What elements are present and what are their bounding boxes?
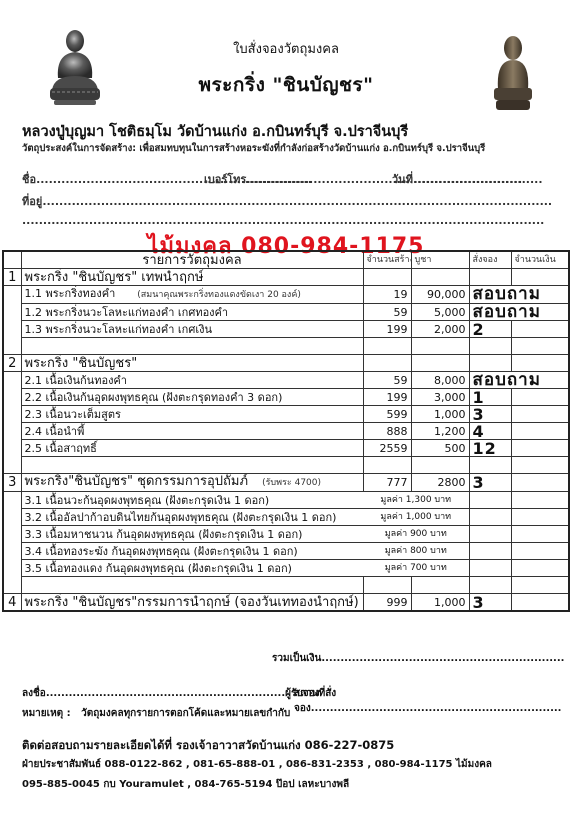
- item-label: 2.5 เนื้อสาฤทธิ์: [25, 442, 97, 455]
- order-cell[interactable]: สอบถาม: [469, 304, 569, 321]
- item-label: 3.3 เนื้อมหาชนวน ก้นอุดผงพุทธคุณ (ฝังตะก…: [21, 526, 363, 543]
- empty-cell: [363, 338, 411, 355]
- item-label-cell: 2.1 เนื้อเงินก้นทองคำ: [21, 372, 363, 389]
- price-cell: 1,000: [411, 594, 469, 612]
- empty-cell: [363, 457, 411, 474]
- section-title-text: พระกริ่ง "ชินบัญชร": [25, 356, 138, 371]
- item-label: 1.1 พระกริ่งทองคำ: [25, 287, 116, 300]
- order-cell[interactable]: 3: [469, 406, 511, 423]
- contact-line-1: ติดต่อสอบถามรายละเอียดได้ที่ รองเจ้าอาวา…: [22, 737, 394, 755]
- address-label: ที่อยู่: [22, 195, 42, 208]
- price-cell: 5,000: [411, 304, 469, 321]
- order-cell[interactable]: 1: [469, 389, 511, 406]
- table-row: 3.1 เนื้อนวะก้นอุดผงพุทธคุณ (ฝังตะกรุดเง…: [3, 492, 569, 509]
- qty-cell: 777: [363, 474, 411, 492]
- table-row: 2.2 เนื้อเงินก้นอุดผงพุทธคุณ (ฝังตะกรุดท…: [3, 389, 569, 406]
- order-cell[interactable]: 4: [469, 423, 511, 440]
- qty-cell: 599: [363, 406, 411, 423]
- order-cell[interactable]: สอบถาม: [469, 286, 569, 304]
- empty-cell: [3, 577, 21, 594]
- section-row: 1พระกริ่ง "ชินบัญชร" เทพนำฤกษ์: [3, 269, 569, 286]
- price-cell: 2,000: [411, 321, 469, 338]
- order-cell[interactable]: สอบถาม: [469, 372, 569, 389]
- section-number: 1: [3, 269, 21, 286]
- price-cell: 1,200: [411, 423, 469, 440]
- amount-cell[interactable]: [511, 509, 569, 526]
- num-cell: [3, 372, 21, 389]
- table-header-row: รายการวัตถุมงคลจำนวนสร้างบูชาสั่งจองจำนว…: [3, 251, 569, 269]
- empty-cell: [469, 338, 511, 355]
- num-cell: [3, 406, 21, 423]
- header-price: บูชา: [411, 251, 469, 269]
- empty-cell: [511, 577, 569, 594]
- spacer-row: [3, 338, 569, 355]
- item-label: 3.4 เนื้อทองระฆัง ก้นอุดผงพุทธคุณ (ฝังตะ…: [21, 543, 363, 560]
- date-field[interactable]: วันที่..................................…: [392, 170, 542, 188]
- num-cell: [3, 321, 21, 338]
- empty-cell: [21, 577, 363, 594]
- section-row: 2พระกริ่ง "ชินบัญชร": [3, 355, 569, 372]
- qty-cell: 999: [363, 594, 411, 612]
- total-field[interactable]: รวมเป็นเงิน.............................…: [272, 651, 564, 666]
- price-cell: 2800: [411, 474, 469, 492]
- item-label: 3.1 เนื้อนวะก้นอุดผงพุทธคุณ (ฝังตะกรุดเง…: [21, 492, 363, 509]
- amount-cell[interactable]: [511, 321, 569, 338]
- empty-cell: [411, 577, 469, 594]
- item-label: 3.2 เนื้ออัลปาก้าอบดินไทยก้นอุดผงพุทธคุณ…: [21, 509, 363, 526]
- num-cell: [3, 526, 21, 543]
- item-label: 1.2 พระกริ่งนวะโลหะแก่ทองคำ เกศทองคำ: [25, 306, 229, 319]
- item-value: มูลค่า 1,000 บาท: [363, 509, 469, 526]
- name-label: ชื่อ: [22, 173, 36, 186]
- price-cell: 90,000: [411, 286, 469, 304]
- address-field[interactable]: ที่อยู่.................................…: [22, 192, 552, 210]
- qty-cell: 59: [363, 304, 411, 321]
- amount-cell[interactable]: [511, 406, 569, 423]
- price-cell: 500: [411, 440, 469, 457]
- section-title: พระกริ่ง "ชินบัญชร"กรรมการนำฤกษ์ (จองวัน…: [21, 594, 363, 612]
- num-cell: [3, 543, 21, 560]
- item-value: มูลค่า 800 บาท: [363, 543, 469, 560]
- amount-cell[interactable]: [511, 440, 569, 457]
- amount-cell[interactable]: [511, 355, 569, 372]
- qty-cell: 59: [363, 372, 411, 389]
- signature-field[interactable]: ลงชื่อ..................................…: [22, 686, 319, 701]
- amount-cell[interactable]: [511, 389, 569, 406]
- qty-cell: 199: [363, 321, 411, 338]
- section-title: พระกริ่ง "ชินบัญชร": [21, 355, 363, 372]
- qty-cell: [363, 355, 411, 372]
- num-cell: [3, 389, 21, 406]
- purpose-text: วัตถุประสงค์ในการจัดสร้าง: เพื่อสมทบทุนใ…: [22, 141, 485, 156]
- address-field-line2[interactable]: ........................................…: [22, 214, 544, 227]
- place-field[interactable]: สถานที่สั่งจอง..........................…: [294, 686, 572, 716]
- amount-cell[interactable]: [511, 269, 569, 286]
- empty-cell: [469, 457, 511, 474]
- section-title: พระกริ่ง"ชินบัญชร" ชุดกรรมการอุปถัมภ์(รั…: [21, 474, 363, 492]
- num-cell: [3, 286, 21, 304]
- item-label-cell: 2.5 เนื้อสาฤทธิ์: [21, 440, 363, 457]
- price-cell: [411, 269, 469, 286]
- amount-cell[interactable]: [511, 560, 569, 577]
- qty-cell: 199: [363, 389, 411, 406]
- item-label-cell: 1.3 พระกริ่งนวะโลหะแก่ทองคำ เกศเงิน: [21, 321, 363, 338]
- table-row: 3.4 เนื้อทองระฆัง ก้นอุดผงพุทธคุณ (ฝังตะ…: [3, 543, 569, 560]
- section-number: 3: [3, 474, 21, 492]
- table-row: 1.2 พระกริ่งนวะโลหะแก่ทองคำ เกศทองคำ595,…: [3, 304, 569, 321]
- item-label: 3.5 เนื้อทองแดง ก้นอุดผงพุทธคุณ (ฝังตะกร…: [21, 560, 363, 577]
- sign-label: ลงชื่อ: [22, 688, 46, 699]
- order-cell[interactable]: [469, 509, 511, 526]
- qty-cell: [363, 269, 411, 286]
- amount-cell[interactable]: [511, 492, 569, 509]
- header-order: สั่งจอง: [469, 251, 511, 269]
- empty-cell: [3, 338, 21, 355]
- remark: หมายเหตุ : วัตถุมงคลทุกรายการตอกโค้ดและห…: [22, 706, 290, 721]
- qty-cell: 19: [363, 286, 411, 304]
- header-amount: จำนวนเงิน: [511, 251, 569, 269]
- form-subtitle: ใบสั่งจองวัตถุมงคล: [0, 38, 572, 59]
- section-title-text: พระกริ่ง "ชินบัญชร"กรรมการนำฤกษ์ (จองวัน…: [25, 595, 359, 610]
- item-value: มูลค่า 900 บาท: [363, 526, 469, 543]
- page-title: พระกริ่ง "ชินบัญชร": [0, 70, 572, 100]
- price-cell: 3,000: [411, 389, 469, 406]
- table-row: 3.5 เนื้อทองแดง ก้นอุดผงพุทธคุณ (ฝังตะกร…: [3, 560, 569, 577]
- monk-name: หลวงปู่บุญมา โชติธมฺโม วัดบ้านแก่ง อ.กบิ…: [22, 120, 408, 143]
- price-cell: [411, 355, 469, 372]
- amount-cell[interactable]: [511, 474, 569, 492]
- item-label-cell: 2.4 เนื้อนำพี้: [21, 423, 363, 440]
- empty-cell: [363, 577, 411, 594]
- section-title: พระกริ่ง "ชินบัญชร" เทพนำฤกษ์: [21, 269, 363, 286]
- order-cell[interactable]: [469, 543, 511, 560]
- amount-cell[interactable]: [511, 423, 569, 440]
- item-value: มูลค่า 1,300 บาท: [363, 492, 469, 509]
- section-row: 3พระกริ่ง"ชินบัญชร" ชุดกรรมการอุปถัมภ์(ร…: [3, 474, 569, 492]
- order-cell[interactable]: [469, 492, 511, 509]
- section-number: 2: [3, 355, 21, 372]
- empty-cell: [511, 457, 569, 474]
- remark-label: หมายเหตุ :: [22, 708, 71, 719]
- table-row: 3.2 เนื้ออัลปาก้าอบดินไทยก้นอุดผงพุทธคุณ…: [3, 509, 569, 526]
- order-cell[interactable]: [469, 355, 511, 372]
- contact-line-2: ฝ่ายประชาสัมพันธ์ 088-0122-862 , 081-65-…: [22, 757, 492, 772]
- num-cell: [3, 492, 21, 509]
- header-item: รายการวัตถุมงคล: [21, 251, 363, 269]
- item-value: มูลค่า 700 บาท: [363, 560, 469, 577]
- table-row: 3.3 เนื้อมหาชนวน ก้นอุดผงพุทธคุณ (ฝังตะก…: [3, 526, 569, 543]
- price-cell: 1,000: [411, 406, 469, 423]
- contact-line-3: 095-885-0045 กบ Youramulet , 084-765-519…: [22, 777, 349, 792]
- amount-cell[interactable]: [511, 526, 569, 543]
- empty-cell: [411, 457, 469, 474]
- num-cell: [3, 440, 21, 457]
- table-row: 2.3 เนื้อนวะเต็มสูตร5991,0003: [3, 406, 569, 423]
- price-cell: 8,000: [411, 372, 469, 389]
- order-cell[interactable]: 12: [469, 440, 511, 457]
- section-title-note: (รับพระ 4700): [262, 478, 321, 488]
- section-title-text: พระกริ่ง "ชินบัญชร" เทพนำฤกษ์: [25, 270, 204, 285]
- table-row: 2.5 เนื้อสาฤทธิ์255950012: [3, 440, 569, 457]
- empty-cell: [3, 457, 21, 474]
- phone-label: เบอร์โทร: [204, 173, 246, 186]
- item-label: 2.3 เนื้อนวะเต็มสูตร: [25, 408, 121, 421]
- amount-cell[interactable]: [511, 543, 569, 560]
- num-cell: [3, 560, 21, 577]
- remark-text: วัตถุมงคลทุกรายการตอกโค้ดและหมายเลขกำกับ: [81, 708, 290, 719]
- order-cell[interactable]: [469, 526, 511, 543]
- item-label-cell: 1.1 พระกริ่งทองคำ(สมนาคุณพระกริ่งทองแดงข…: [21, 286, 363, 304]
- item-label: 2.4 เนื้อนำพี้: [25, 425, 85, 438]
- empty-cell: [21, 338, 363, 355]
- order-table: รายการวัตถุมงคลจำนวนสร้างบูชาสั่งจองจำนว…: [2, 250, 570, 612]
- item-note: (สมนาคุณพระกริ่งทองแดงขัดเงา 20 องค์): [137, 290, 301, 300]
- order-cell[interactable]: [469, 269, 511, 286]
- num-cell: [3, 509, 21, 526]
- table-row: 2.1 เนื้อเงินก้นทองคำ598,000สอบถาม: [3, 372, 569, 389]
- order-cell[interactable]: 3: [469, 474, 511, 492]
- num-cell: [3, 304, 21, 321]
- item-label-cell: 1.2 พระกริ่งนวะโลหะแก่ทองคำ เกศทองคำ: [21, 304, 363, 321]
- section-row: 4พระกริ่ง "ชินบัญชร"กรรมการนำฤกษ์ (จองวั…: [3, 594, 569, 612]
- header-qty: จำนวนสร้าง: [363, 251, 411, 269]
- order-cell[interactable]: 3: [469, 594, 511, 612]
- item-label: 1.3 พระกริ่งนวะโลหะแก่ทองคำ เกศเงิน: [25, 323, 212, 336]
- total-label: รวมเป็นเงิน: [272, 653, 321, 664]
- section-title-text: พระกริ่ง"ชินบัญชร" ชุดกรรมการอุปถัมภ์: [25, 474, 249, 489]
- qty-cell: 888: [363, 423, 411, 440]
- item-label: 2.2 เนื้อเงินก้นอุดผงพุทธคุณ (ฝังตะกรุดท…: [25, 391, 283, 404]
- section-number: 4: [3, 594, 21, 612]
- empty-cell: [411, 338, 469, 355]
- item-label-cell: 2.3 เนื้อนวะเต็มสูตร: [21, 406, 363, 423]
- date-label: วันที่: [392, 173, 413, 186]
- header-num-cell: [3, 251, 21, 269]
- num-cell: [3, 423, 21, 440]
- table-row: 1.1 พระกริ่งทองคำ(สมนาคุณพระกริ่งทองแดงข…: [3, 286, 569, 304]
- item-label: 2.1 เนื้อเงินก้นทองคำ: [25, 374, 127, 387]
- qty-cell: 2559: [363, 440, 411, 457]
- table-row: 1.3 พระกริ่งนวะโลหะแก่ทองคำ เกศเงิน1992,…: [3, 321, 569, 338]
- empty-cell: [469, 577, 511, 594]
- spacer-row: [3, 457, 569, 474]
- order-cell[interactable]: [469, 560, 511, 577]
- empty-cell: [511, 338, 569, 355]
- table-row: 2.4 เนื้อนำพี้8881,2004: [3, 423, 569, 440]
- item-label-cell: 2.2 เนื้อเงินก้นอุดผงพุทธคุณ (ฝังตะกรุดท…: [21, 389, 363, 406]
- amount-cell[interactable]: [511, 594, 569, 612]
- spacer-row: [3, 577, 569, 594]
- order-cell[interactable]: 2: [469, 321, 511, 338]
- empty-cell: [21, 457, 363, 474]
